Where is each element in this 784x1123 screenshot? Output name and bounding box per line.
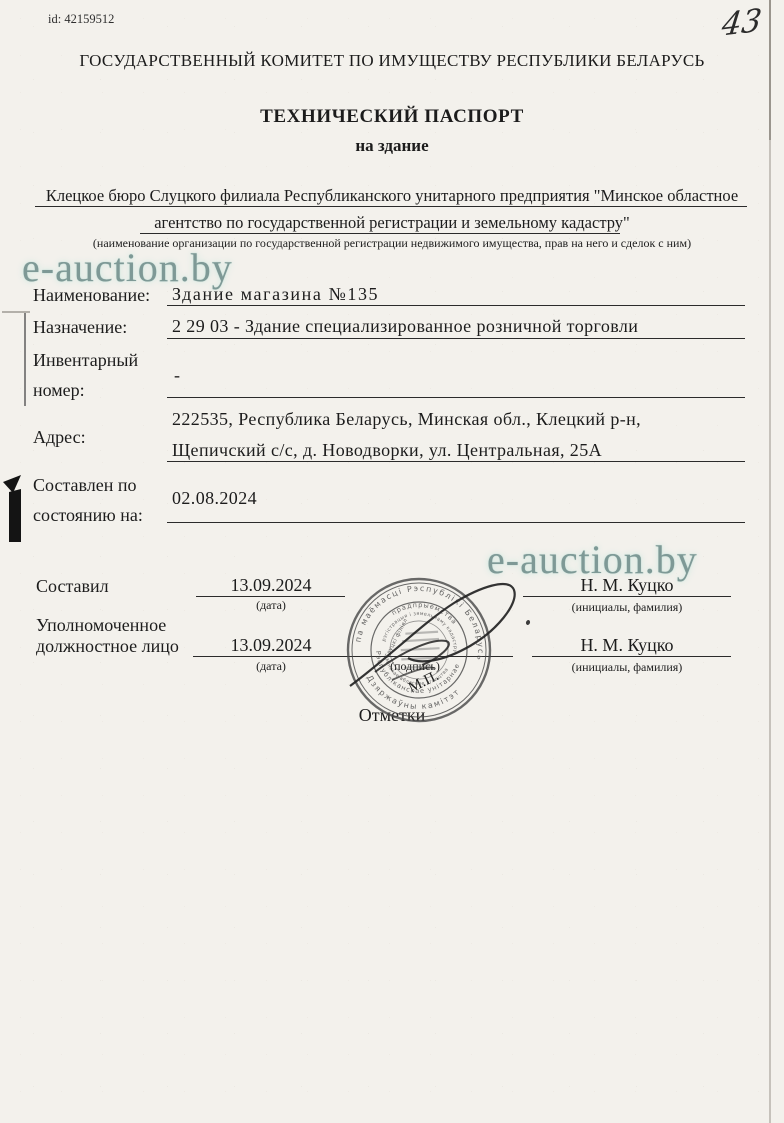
document-subtitle: на здание <box>0 137 784 156</box>
compiled-name-underline <box>523 596 731 597</box>
compiled-date-underline <box>196 596 345 597</box>
field-name-underline <box>167 305 745 306</box>
field-asof-value: 02.08.2024 <box>172 489 257 509</box>
compiled-date: 13.09.2024 <box>196 576 346 596</box>
compiled-date-caption: (дата) <box>196 599 346 612</box>
authorized-name-caption: (инициалы, фамилия) <box>523 661 731 674</box>
field-address-value-line2: Щепичский с/с, д. Новодворки, ул. Центра… <box>172 441 602 461</box>
compiled-name: Н. М. Куцко <box>523 576 731 596</box>
authorized-label-line2: должностное лицо <box>36 637 179 657</box>
field-inventory-label-line1: Инвентарный <box>33 351 138 371</box>
field-asof-label-line1: Составлен по <box>33 476 137 496</box>
field-name-value: Здание магазина №135 <box>172 285 379 305</box>
handwritten-page-number: 43 <box>720 2 764 44</box>
authorized-label-line1: Уполномоченное <box>36 616 166 636</box>
document-page: id: 42159512 43 ГОСУДАРСТВЕННЫЙ КОМИТЕТ … <box>0 0 784 1123</box>
organization-underline-2 <box>140 233 620 234</box>
organization-underline-1 <box>35 206 747 207</box>
organization-name-line1: Клецкое бюро Слуцкого филиала Республика… <box>0 187 784 205</box>
field-address-underline <box>167 461 745 462</box>
field-inventory-value: - <box>174 366 180 386</box>
field-purpose-underline <box>167 338 745 339</box>
organization-name-line2: агентство по государственной регистрации… <box>0 214 784 232</box>
handwritten-signature <box>330 560 540 710</box>
authorized-date-caption: (дата) <box>196 660 346 673</box>
field-asof-label-line2: состоянию на: <box>33 506 143 526</box>
field-address-label: Адрес: <box>33 428 86 448</box>
authorized-name-underline <box>532 656 731 657</box>
authorized-name: Н. М. Куцко <box>523 636 731 656</box>
margin-dash-mark <box>2 311 30 313</box>
field-name-label: Наименование: <box>33 286 150 306</box>
field-inventory-label-line2: номер: <box>33 381 85 401</box>
margin-vertical-line <box>24 313 26 406</box>
document-title: ТЕХНИЧЕСКИЙ ПАСПОРТ <box>0 107 784 128</box>
field-inventory-underline <box>167 397 745 398</box>
scan-id: id: 42159512 <box>48 13 114 27</box>
field-purpose-value: 2 29 03 - Здание специализированное розн… <box>172 317 638 337</box>
authorized-date: 13.09.2024 <box>196 636 346 656</box>
compiled-name-caption: (инициалы, фамилия) <box>523 601 731 614</box>
committee-heading: ГОСУДАРСТВЕННЫЙ КОМИТЕТ ПО ИМУЩЕСТВУ РЕС… <box>0 52 784 71</box>
scan-edge-line <box>769 0 771 1123</box>
field-address-value-line1: 222535, Республика Беларусь, Минская обл… <box>172 410 641 430</box>
field-purpose-label: Назначение: <box>33 318 127 338</box>
binder-black-mark <box>0 470 30 550</box>
compiled-label: Составил <box>36 577 109 597</box>
field-asof-underline <box>167 522 745 523</box>
